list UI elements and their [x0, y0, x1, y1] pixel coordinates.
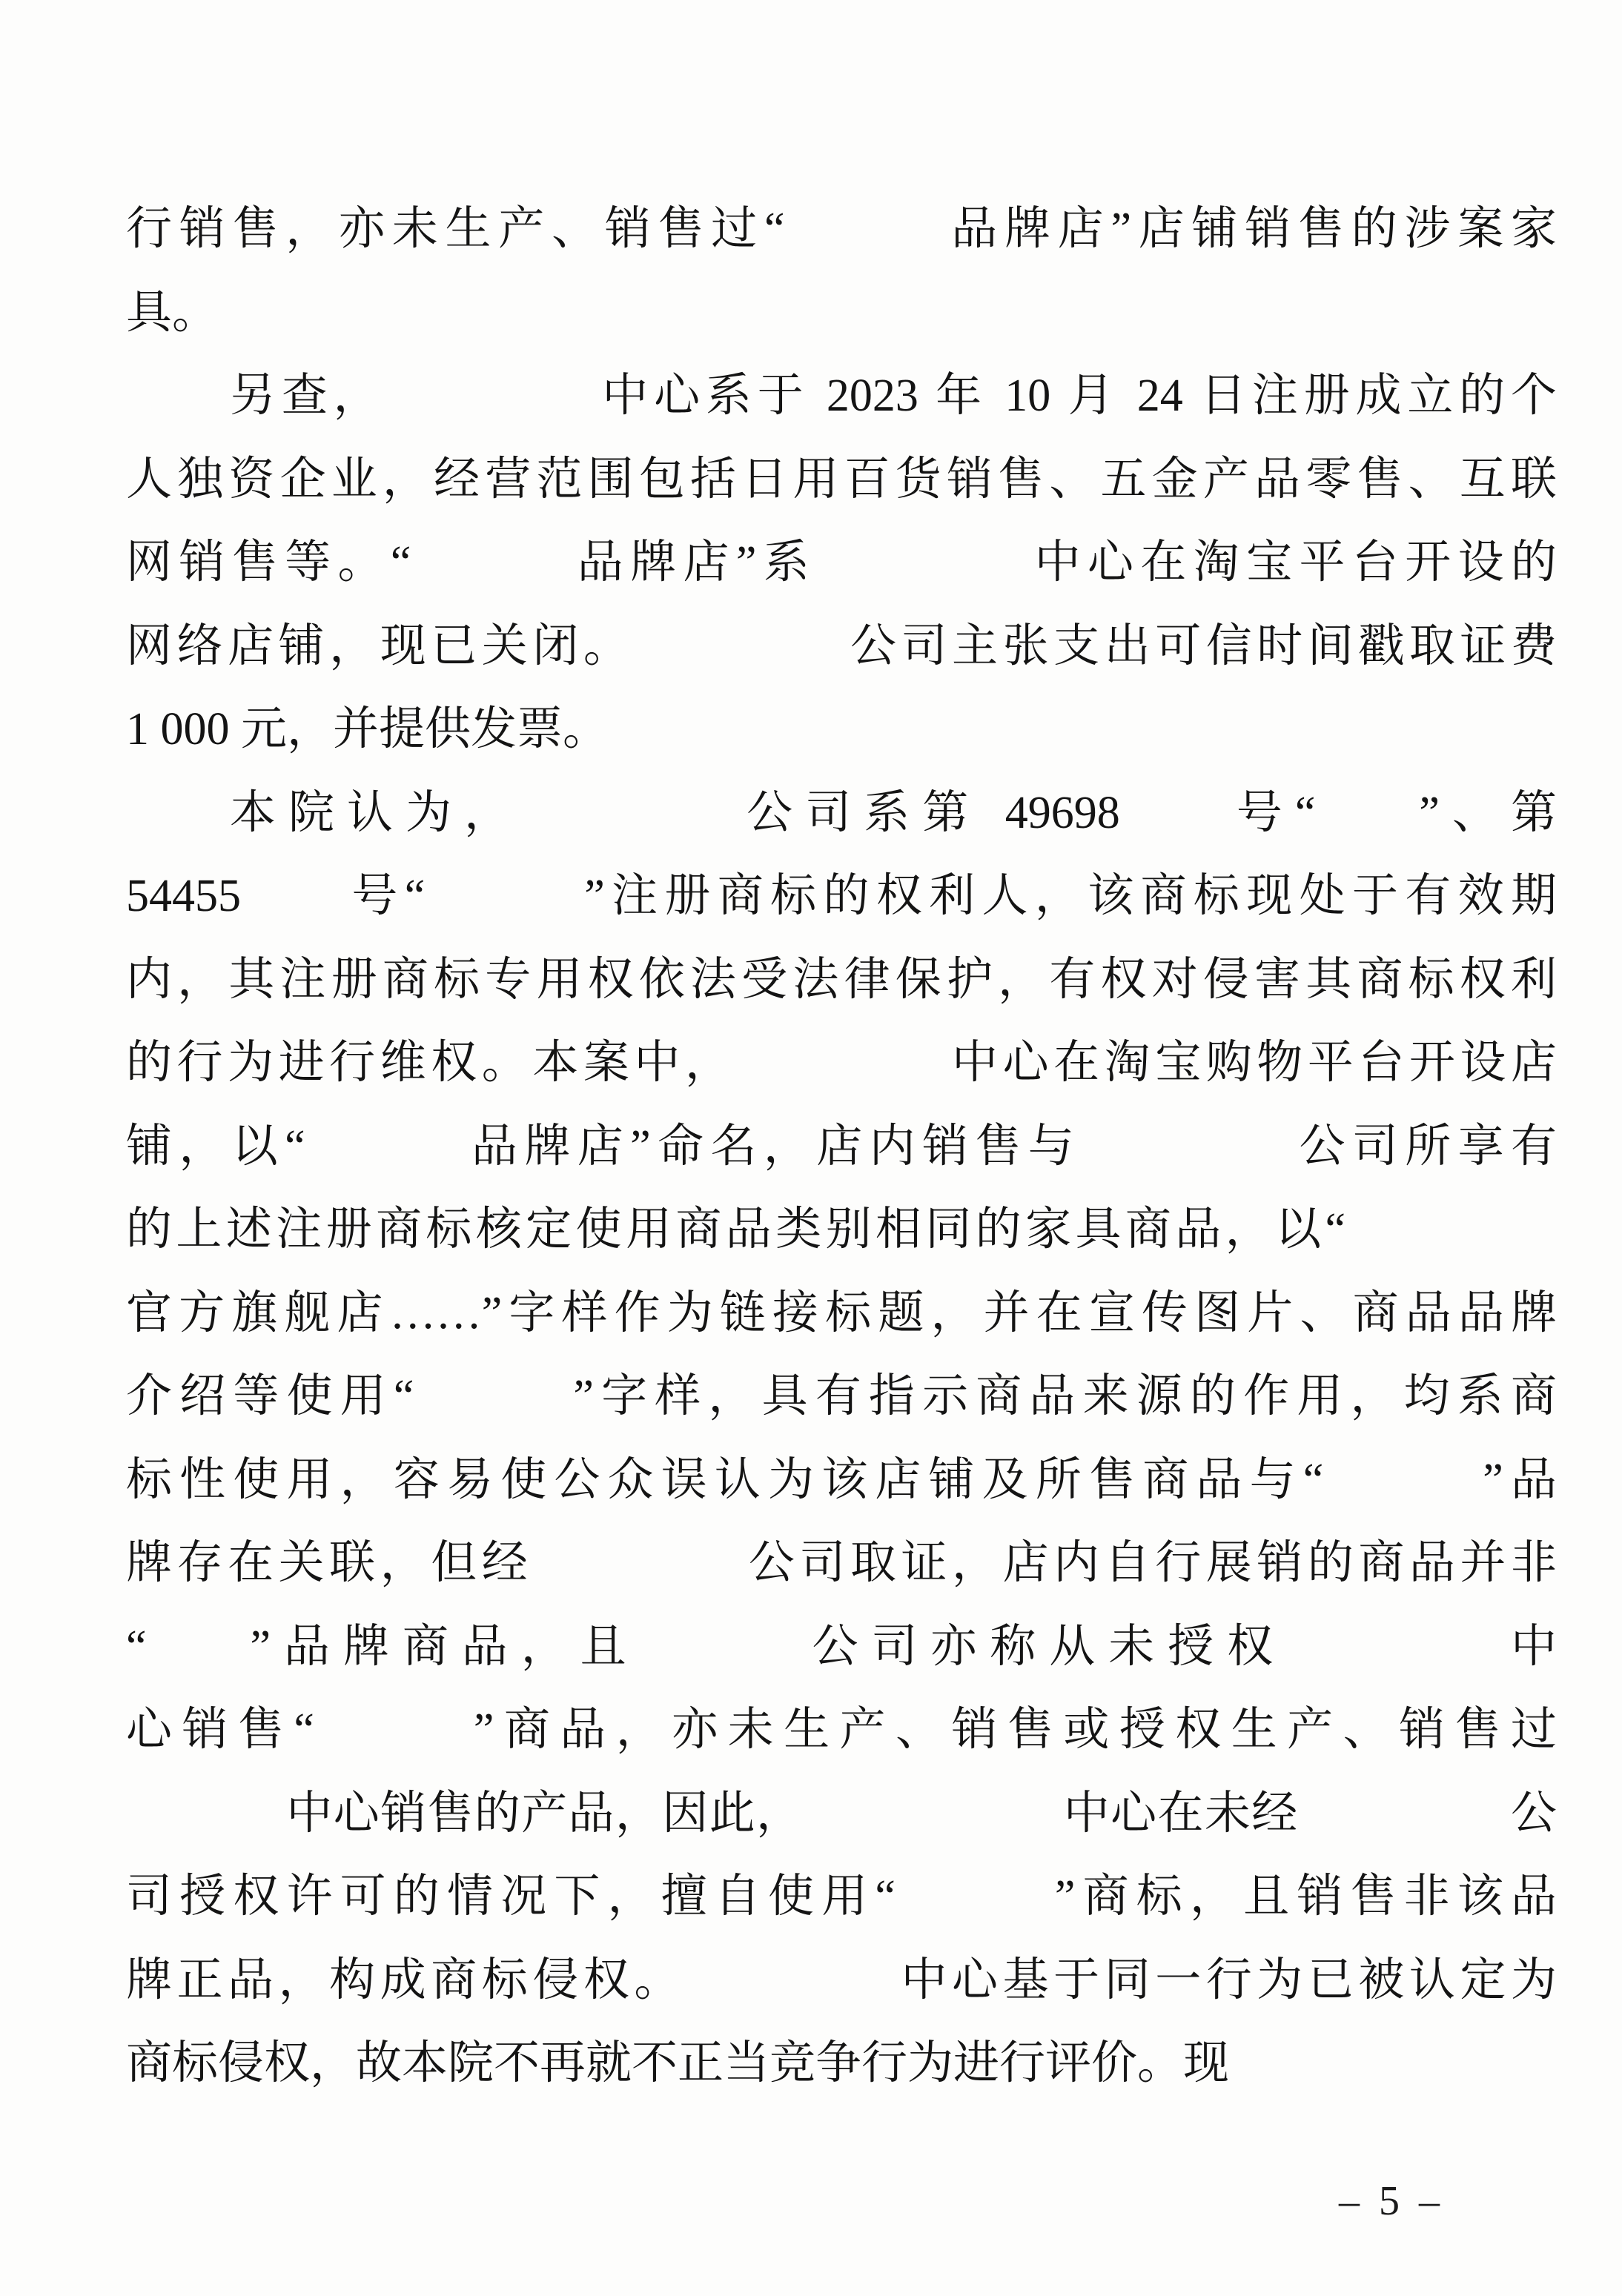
text-line: 本院认为，公司系第 49698号“”、第: [126, 772, 1557, 855]
redaction-gap: [305, 1161, 465, 1161]
text-run: ”商品，亦未生产、销售或授权生产、销售过: [474, 1705, 1557, 1755]
redaction-gap: [241, 910, 345, 911]
text-line: 司授权许可的情况下，擅自使用“”商标，且销售非该品: [126, 1855, 1557, 1939]
text-line: 另查，中心系于 2023 年 10 月 24 日注册成立的个: [126, 354, 1557, 438]
text-line: 54455号“”注册商标的权利人，该商标现处于有效期: [126, 855, 1557, 938]
text-run: 官方旗舰店……”字样作为链接标题，并在宣传图片、商品品牌: [126, 1288, 1557, 1338]
text-run: 中心基于同一行为已被认定为: [896, 1955, 1557, 2005]
text-run: 中心系于 2023 年 10 月 24 日注册成立的个: [596, 371, 1557, 421]
text-line: 的上述注册商标核定使用商品类别相同的家具商品，以“: [126, 1188, 1557, 1272]
text-line: 商标侵权，故本院不再就不正当竞争行为进行评价。现: [126, 2022, 1557, 2106]
text-line: 行销售，亦未生产、销售过“品牌店”店铺销售的涉案家: [126, 188, 1557, 271]
text-run: 公司取证，店内自行展销的商品并非: [744, 1538, 1557, 1588]
redaction-gap: [385, 410, 596, 411]
text-run: 公司系第 49698: [734, 788, 1120, 838]
redaction-gap: [411, 577, 570, 577]
text-line: 标性使用，容易使公众误认为该店铺及所售商品与“”品: [126, 1439, 1557, 1522]
text-run: ”品: [1483, 1455, 1557, 1505]
text-line: 网销售等。“品牌店”系中心在淘宝平台开设的: [126, 521, 1557, 605]
text-run: 中心销售的产品，因此，: [285, 1788, 803, 1839]
document-page: 行销售，亦未生产、销售过“品牌店”店铺销售的涉案家 具。 另查，中心系于 202…: [0, 0, 1622, 2296]
redaction-gap: [147, 1661, 251, 1662]
text-line: 牌正品，构成商标侵权。中心基于同一行为已被认定为: [126, 1939, 1557, 2023]
text-run: 本院认为，: [230, 788, 523, 838]
text-line: 官方旗舰店……”字样作为链接标题，并在宣传图片、商品品牌: [126, 1272, 1557, 1356]
text-line: 铺，以“品牌店”命名，店内销售与公司所享有: [126, 1105, 1557, 1189]
text-run: 商标侵权，故本院不再就不正当竞争行为进行评价。现: [126, 2038, 1229, 2088]
text-run: ”字样，具有指示商品来源的作用，均系商: [573, 1371, 1557, 1421]
text-run: ”、第: [1419, 788, 1557, 838]
text-run: 内，其注册商标专用权依法受法律保护，有权对侵害其商标权利: [126, 955, 1557, 1005]
text-run: 另查，: [230, 371, 385, 421]
redaction-gap: [640, 1661, 799, 1662]
text-line: 具。: [126, 271, 1557, 355]
text-run: 公司主张支出可信时间戳取证费: [845, 621, 1557, 671]
text-line: 心销售“”商品，亦未生产、销售或授权生产、销售过: [126, 1688, 1557, 1772]
text-run: 号“: [345, 871, 425, 921]
redaction-gap: [425, 910, 584, 911]
text-run: 中心在淘宝平台开设的: [1027, 537, 1557, 588]
text-run: 公: [1510, 1788, 1557, 1839]
text-run: 铺，以“: [126, 1121, 305, 1172]
page-number: – 5 –: [1339, 2171, 1444, 2231]
redaction-gap: [634, 660, 845, 661]
text-run: 心销售“: [126, 1705, 314, 1755]
text-line: 人独资企业，经营范围包括日用百货销售、五金产品零售、互联: [126, 438, 1557, 522]
redaction-gap: [736, 1077, 947, 1078]
text-run: ”品牌商品，且: [251, 1622, 640, 1672]
text-run: 行销售，亦未生产、销售过“: [126, 204, 785, 254]
text-run: 中心在未经: [1062, 1788, 1298, 1839]
text-run: 介绍等使用“: [126, 1371, 414, 1421]
redaction-gap: [1081, 1161, 1292, 1161]
judgment-text: 行销售，亦未生产、销售过“品牌店”店铺销售的涉案家 具。 另查，中心系于 202…: [126, 188, 1557, 2106]
text-line: 介绍等使用“”字样，具有指示商品来源的作用，均系商: [126, 1355, 1557, 1439]
redaction-gap: [314, 1744, 474, 1745]
text-run: 网络店铺，现已关闭。: [126, 621, 634, 671]
text-run: 品牌店”命名，店内销售与: [465, 1121, 1081, 1172]
text-run: 1 000 元，并提供发票。: [126, 704, 609, 754]
redaction-gap: [785, 243, 944, 244]
text-run: 54455: [126, 871, 241, 921]
text-line: 中心销售的产品，因此，中心在未经公: [126, 1772, 1557, 1856]
text-run: 网销售等。“: [126, 537, 411, 588]
text-run: 品牌店”店铺销售的涉案家: [944, 204, 1558, 254]
redaction-gap: [126, 1828, 285, 1828]
text-run: 公司所享有: [1292, 1121, 1557, 1172]
text-line: 牌存在关联，但经公司取证，店内自行展销的商品并非: [126, 1522, 1557, 1605]
redaction-gap: [803, 1828, 1062, 1828]
redaction-gap: [1286, 1661, 1497, 1662]
redaction-gap: [1345, 1244, 1557, 1244]
text-run: ”注册商标的权利人，该商标现处于有效期: [584, 871, 1557, 921]
redaction-gap: [1315, 827, 1419, 828]
text-run: 号“: [1224, 788, 1316, 838]
text-line: 1 000 元，并提供发票。: [126, 688, 1557, 772]
text-run: 司授权许可的情况下，擅自使用“: [126, 1871, 896, 1922]
text-run: 的上述注册商标核定使用商品类别相同的家具商品，以“: [126, 1204, 1345, 1255]
text-run: 牌正品，构成商标侵权。: [126, 1955, 685, 2005]
text-run: 中: [1497, 1622, 1557, 1672]
text-run: ”商标，且销售非该品: [1055, 1871, 1557, 1922]
redaction-gap: [523, 827, 734, 828]
redaction-gap: [414, 1410, 573, 1411]
redaction-gap: [1323, 1494, 1483, 1495]
redaction-gap: [896, 1911, 1055, 1911]
redaction-gap: [532, 1577, 744, 1578]
text-run: 具。: [126, 288, 218, 338]
text-run: 标性使用，容易使公众误认为该店铺及所售商品与“: [126, 1455, 1323, 1505]
redaction-gap: [1299, 1828, 1510, 1828]
text-line: 网络店铺，现已关闭。公司主张支出可信时间戳取证费: [126, 605, 1557, 689]
text-run: 人独资企业，经营范围包括日用百货销售、五金产品零售、互联: [126, 454, 1557, 505]
text-run: 中心在淘宝购物平台开设店: [947, 1038, 1558, 1088]
text-run: 的行为进行维权。本案中，: [126, 1038, 736, 1088]
text-line: “”品牌商品，且公司亦称从未授权中: [126, 1605, 1557, 1689]
redaction-gap: [816, 577, 1027, 577]
redaction-gap: [685, 1994, 896, 1995]
redaction-gap: [1120, 827, 1224, 828]
text-line: 的行为进行维权。本案中，中心在淘宝购物平台开设店: [126, 1021, 1557, 1105]
text-run: “: [126, 1622, 147, 1672]
text-run: 公司亦称从未授权: [799, 1622, 1286, 1672]
text-run: 品牌店”系: [570, 537, 816, 588]
text-run: 牌存在关联，但经: [126, 1538, 532, 1588]
text-line: 内，其注册商标专用权依法受法律保护，有权对侵害其商标权利: [126, 938, 1557, 1022]
